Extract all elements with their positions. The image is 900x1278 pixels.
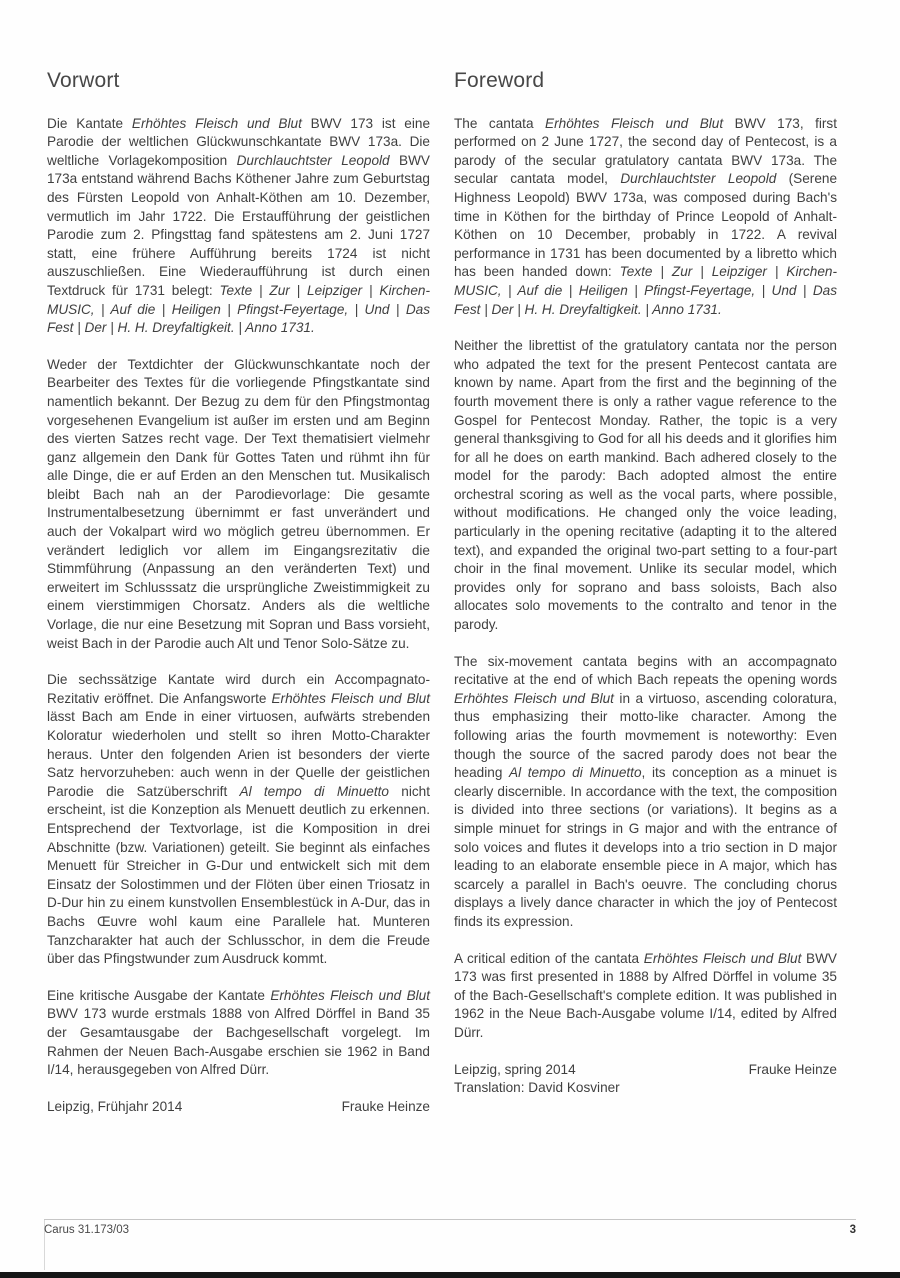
paragraph: The six-movement cantata begins with an … (454, 653, 837, 932)
translation-credit: Translation: David Kosviner (454, 1079, 837, 1098)
cited-title: Erhöhtes Fleisch und Blut (644, 951, 802, 966)
cited-title: Erhöhtes Fleisch und Blut (270, 988, 430, 1003)
body-text: Eine kritische Ausgabe der Kantate (47, 988, 270, 1003)
body-text: The cantata (454, 116, 545, 131)
cited-title: Erhöhtes Fleisch und Blut (132, 116, 302, 131)
cited-title: Al tempo di Minuetto (509, 765, 642, 780)
signature-author: Frauke Heinze (749, 1061, 837, 1080)
body-text: Neither the librettist of the gratulator… (454, 338, 837, 632)
body-text: Weder der Textdichter der Glückwunschkan… (47, 357, 430, 651)
heading-vorwort: Vorwort (47, 72, 430, 91)
cited-title: Durchlauchtster Leopold (620, 171, 776, 186)
english-paragraphs: The cantata Erhöhtes Fleisch und Blut BW… (454, 115, 837, 1043)
paragraph: Neither the librettist of the gratulator… (454, 337, 837, 635)
body-text: A critical edition of the cantata (454, 951, 644, 966)
scan-edge-bar (0, 1272, 900, 1278)
cited-title: Durchlauchtster Leopold (237, 153, 390, 168)
paragraph: Eine kritische Ausgabe der Kantate Erhöh… (47, 987, 430, 1080)
body-text: BWV 173a entstand während Bachs Köthener… (47, 153, 430, 298)
german-signature: Leipzig, Frühjahr 2014 Frauke Heinze (47, 1098, 430, 1117)
body-text: , its conception as a minuet is clearly … (454, 765, 837, 929)
body-text: nicht erscheint, ist die Konzeption als … (47, 784, 430, 966)
signature-author: Frauke Heinze (342, 1098, 430, 1117)
preface-page: Vorwort Die Kantate Erhöhtes Fleisch und… (0, 0, 900, 1278)
body-text: Die Kantate (47, 116, 132, 131)
cited-title: Al tempo di Minuetto (240, 784, 389, 799)
edition-number: Carus 31.173/03 (44, 1224, 129, 1236)
column-english: Foreword The cantata Erhöhtes Fleisch un… (454, 72, 837, 1116)
signature-place-date: Leipzig, spring 2014 (454, 1061, 576, 1080)
paragraph: Die Kantate Erhöhtes Fleisch und Blut BW… (47, 115, 430, 338)
column-german: Vorwort Die Kantate Erhöhtes Fleisch und… (47, 72, 430, 1116)
paragraph: Weder der Textdichter der Glückwunschkan… (47, 356, 430, 654)
body-text: The six-movement cantata begins with an … (454, 654, 837, 688)
cited-title: Erhöhtes Fleisch und Blut (545, 116, 723, 131)
german-paragraphs: Die Kantate Erhöhtes Fleisch und Blut BW… (47, 115, 430, 1080)
cited-title: Erhöhtes Fleisch und Blut (271, 691, 430, 706)
page-number: 3 (850, 1224, 856, 1236)
paragraph: The cantata Erhöhtes Fleisch und Blut BW… (454, 115, 837, 320)
heading-foreword: Foreword (454, 72, 837, 91)
paragraph: Die sechssätzige Kantate wird durch ein … (47, 671, 430, 969)
paragraph: A critical edition of the cantata Erhöht… (454, 950, 837, 1043)
signature-place-date: Leipzig, Frühjahr 2014 (47, 1098, 182, 1117)
english-signature: Leipzig, spring 2014 Frauke Heinze (454, 1061, 837, 1080)
body-text: BWV 173 wurde erstmals 1888 von Alfred D… (47, 1006, 430, 1077)
cited-title: Erhöhtes Fleisch und Blut (454, 691, 614, 706)
page-footer: Carus 31.173/03 3 (44, 1219, 856, 1236)
two-column-content: Vorwort Die Kantate Erhöhtes Fleisch und… (47, 72, 837, 1116)
